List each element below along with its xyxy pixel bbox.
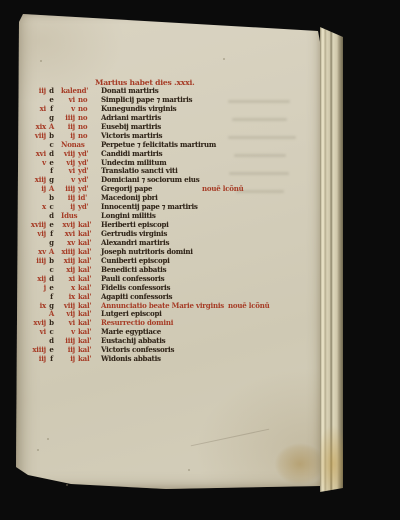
golden-number: v [24,159,46,168]
golden-number: viij [24,132,46,141]
paper-speck [37,449,39,451]
margin-note: nouē lcõnū [202,185,244,194]
day-count: ij [57,355,75,364]
golden-number: ij [24,185,46,194]
paper-speck [47,438,49,440]
golden-number: xi [24,105,46,114]
golden-number: vi [24,328,46,337]
paper-speck [188,469,190,471]
book-photo: Martius habet dies .xxxi. iijdkalend'Don… [0,0,400,520]
golden-number: iij [24,87,46,96]
feast-entry: Widonis abbatis [101,355,161,364]
margin-note: nouē lcõnū [228,302,270,311]
golden-number: vij [24,230,46,239]
paper-speck [66,484,68,486]
fore-edge-page-stack [320,24,343,492]
golden-number: xij [24,275,46,284]
golden-number: x [24,203,46,212]
calendar-rows: iijdkalend'Donati martirisevinoSimplicij… [24,87,270,364]
golden-number: iiij [24,257,46,266]
golden-number: iij [24,355,46,364]
day-label: kal' [75,355,98,364]
day-label: yd' [75,203,98,212]
golden-number: j [24,284,46,293]
calendar-row: iijfijkal'Widonis abbatis [24,355,270,364]
golden-number: ix [24,302,46,311]
paper-speck [223,58,225,60]
dominical-letter: f [46,355,57,364]
paper-speck [40,60,42,62]
